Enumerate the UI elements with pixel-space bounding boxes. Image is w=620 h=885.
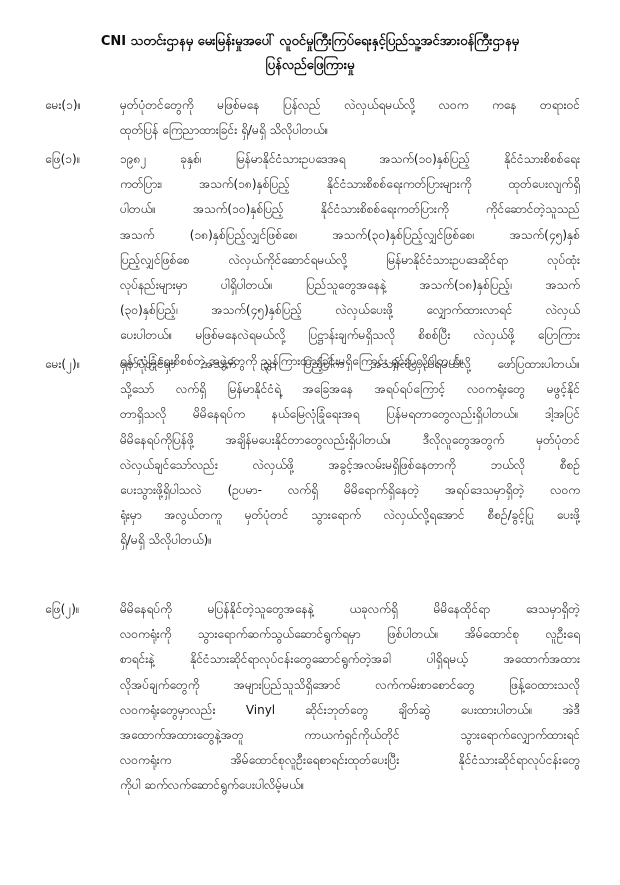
answer-1-text: ၁၉၈၂ ခုနှစ်၊ မြန်မာနိုင်ငံသားဥပဒေအရ အသက်… (120, 147, 580, 374)
text-line: သို့သော် လက်ရှိ မြန်မာနိုင်ငံရဲ့ အခြေအနေ… (120, 377, 580, 402)
document-title: CNI သတင်းဌာနမှ မေးမြန်းမှုအပေါ် လူဝင်မှု… (40, 30, 580, 78)
text-line: ပါတယ်။ အသက်(၁၀)နှစ်ပြည့် နိုင်ငံသားစိစစ်… (120, 197, 580, 222)
text-line: စာရင်းနဲ့ နိုင်ငံသားဆိုင်ရာလုပ်ငန်းတွေဆေ… (120, 647, 580, 672)
question-2-label: မေး(၂)။ (45, 352, 115, 377)
text-line: ကိုပါ ဆက်လက်ဆောင်ရွက်ပေးပါလိမ့်မယ်။ (120, 773, 580, 798)
text-line: လဲလှယ်ချင်သော်လည်း လဲလှယ်ဖို့ အခွင့်အလမ်… (120, 453, 580, 478)
text-line: မိမိနေရပ်ကိုပြန်ဖို့ အချိန်မပေးနိုင်တာတွ… (120, 428, 580, 453)
document-page: CNI သတင်းဌာနမှ မေးမြန်းမှုအပေါ် လူဝင်မှု… (0, 0, 620, 885)
text-line: အသက် (၁၈)နှစ်ပြည့်လျှင်ဖြစ်စေ၊ အသက်(၃၀)န… (120, 223, 580, 248)
question-1-label: မေး(၁)။ (45, 93, 115, 118)
text-line: မှတ်ပုံတင်မှာ အသက် ၃၀ ပြည့်ပါက အသစ်လဲလှယ… (120, 352, 580, 377)
answer-2-label: ဖြေ(၂)။ (45, 597, 115, 622)
text-line: ၁၉၈၂ ခုနှစ်၊ မြန်မာနိုင်ငံသားဥပဒေအရ အသက်… (120, 147, 580, 172)
question-1-text: မှတ်ပုံတင်တွေကို မဖြစ်မနေ ပြန်လည် လဲလှယ်… (120, 93, 580, 143)
text-line: ပေးသွားဖို့ရှိပါသလဲ (ဥပမာ- လက်ရှိ မိမိရေ… (120, 478, 580, 503)
text-line: လုပ်နည်းများမှာ ပါရှိပါတယ်။ ပြည်သူတွေအနေ… (120, 273, 580, 298)
text-line: တာရှိသလို မိမိနေရပ်က နယ်မြေလုံခြုံရေးအရ … (120, 402, 580, 427)
text-line: လဝကရုံးကို သွားရောက်ဆက်သွယ်ဆောင်ရွက်ရမှာ… (120, 622, 580, 647)
text-line: မိမိနေရပ်ကို မပြန်နိုင်တဲ့သူတွေအနေနဲ့ ယခ… (120, 597, 580, 622)
text-line: လိုအပ်ချက်တွေကို အများပြည်သူသိရှိအောင် လ… (120, 673, 580, 698)
question-2-text: မှတ်ပုံတင်မှာ အသက် ၃၀ ပြည့်ပါက အသစ်လဲလှယ… (120, 352, 580, 554)
title-line-2: ပြန်လည်ဖြေကြားမှု (40, 54, 580, 78)
text-line: ထုတ်ပြန် ကြေညာထားခြင်း ရှိ/မရှိ သိလိုပါတ… (120, 118, 580, 143)
text-line: ပေးပါတယ်။ မဖြစ်မနေလဲရမယ်လို့ ပြဋ္ဌာန်းချ… (120, 323, 580, 348)
text-line: ကတ်ပြား၊ အသက်(၁၈)နှစ်ပြည့် နိုင်ငံသားစိစ… (120, 172, 580, 197)
answer-1-label: ဖြေ(၁)။ (45, 147, 115, 172)
title-line-1: CNI သတင်းဌာနမှ မေးမြန်းမှုအပေါ် လူဝင်မှု… (40, 30, 580, 54)
text-line: ပြည့်လျှင်ဖြစ်စေ လဲလှယ်ကိုင်ဆောင်ရမယ်လို… (120, 248, 580, 273)
text-line: လဝကရုံးက အိမ်ထောင်စုလူဦးရေစာရင်းထုတ်ပေးပ… (120, 748, 580, 773)
text-line: ရုံးမှာ အလွယ်တကူ မှတ်ပုံတင် သွားရောက် လဲ… (120, 503, 580, 528)
answer-2-text: မိမိနေရပ်ကို မပြန်နိုင်တဲ့သူတွေအနေနဲ့ ယခ… (120, 597, 580, 799)
text-line: မှတ်ပုံတင်တွေကို မဖြစ်မနေ ပြန်လည် လဲလှယ်… (120, 93, 580, 118)
text-line: (၃၀)နှစ်ပြည့်၊ အသက်(၄၅)နှစ်ပြည့် လဲလှယ်ပ… (120, 298, 580, 323)
text-line: အထောက်အထားတွေနဲ့အတူ ကာယကံရှင်ကိုယ်တိုင် … (120, 723, 580, 748)
text-line: ရှိ/မရှိ သိလိုပါတယ်)။ (120, 528, 580, 553)
text-line: လဝကရုံးတွေမှာလည်း Vinyl ဆိုင်းဘုတ်တွေ ချ… (120, 698, 580, 723)
